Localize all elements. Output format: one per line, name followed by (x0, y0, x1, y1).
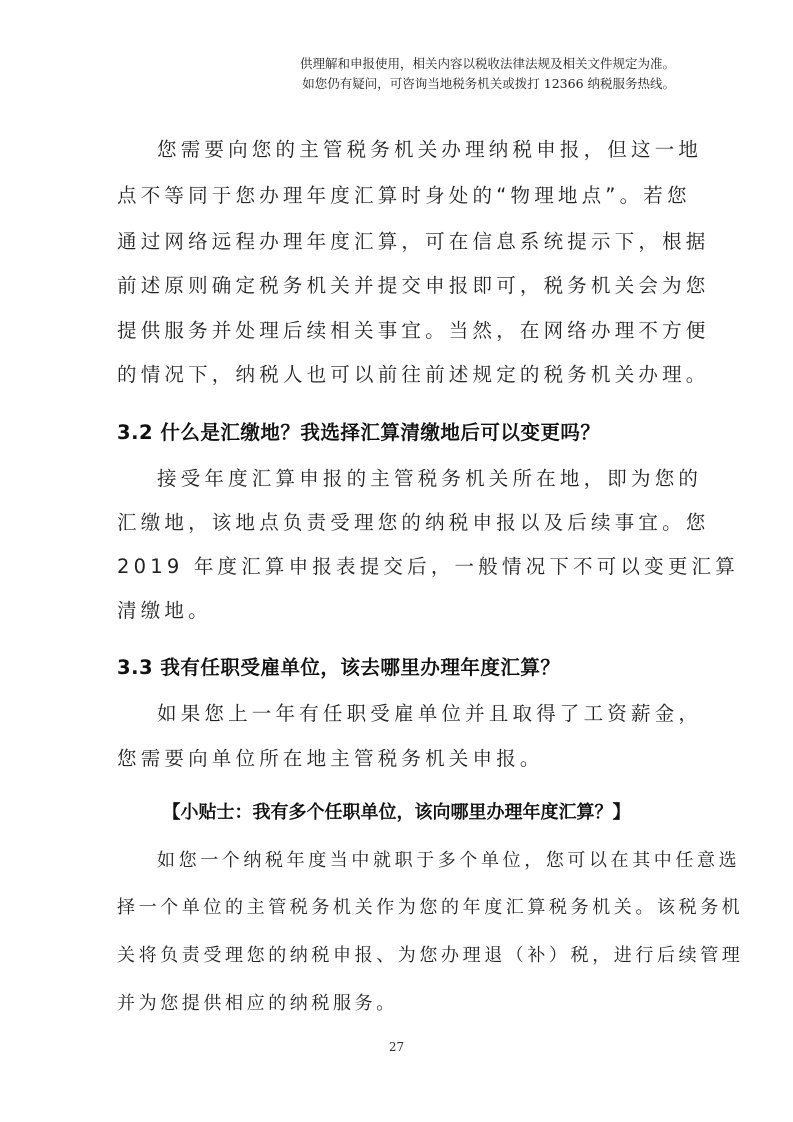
paragraph-line: 您需要向您的主管税务机关办理纳税申报，但这一地 (157, 134, 702, 162)
tip-line: 并为您提供相应的纳税服务。 (117, 989, 398, 1015)
paragraph-line: 通过网络远程办理年度汇算，可在信息系统提示下，根据 (117, 226, 710, 254)
tip-title: 【小贴士：我有多个任职单位，该向哪里办理年度汇算？】 (0, 798, 793, 824)
paragraph-line: 提供服务并处理后续相关事宜。当然，在网络办理不方便 (117, 315, 710, 343)
page-header-note: 供理解和申报使用，相关内容以税收法律法规及相关文件规定为准。 如您仍有疑问，可咨… (300, 54, 675, 94)
header-line-2: 如您仍有疑问，可咨询当地税务机关或拨打 12366 纳税服务热线。 (300, 74, 675, 94)
paragraph-line: 前述原则确定税务机关并提交申报即可，税务机关会为您 (117, 270, 710, 298)
header-line-1: 供理解和申报使用，相关内容以税收法律法规及相关文件规定为准。 (300, 54, 675, 74)
paragraph-line: 您需要向单位所在地主管税务机关申报。 (117, 743, 544, 771)
paragraph-line: 点不等同于您办理年度汇算时身处的“物理地点”。若您 (117, 180, 691, 208)
paragraph-line: 接受年度汇算申报的主管税务机关所在地，即为您的 (157, 463, 702, 491)
section-heading-3-3: 3.3 我有任职受雇单位，该去哪里办理年度汇算？ (117, 652, 560, 680)
section-heading-3-2: 3.2 什么是汇缴地？我选择汇算清缴地后可以变更吗？ (117, 417, 600, 445)
tip-line: 如您一个纳税年度当中就职于多个单位，您可以在其中任意选 (157, 846, 740, 872)
page-number: 27 (0, 1040, 793, 1054)
paragraph-line: 的情况下，纳税人也可以前往前述规定的税务机关办理。 (117, 359, 710, 387)
paragraph-line: 2019 年度汇算申报表提交后，一般情况下不可以变更汇算 (117, 551, 739, 579)
document-page: 供理解和申报使用，相关内容以税收法律法规及相关文件规定为准。 如您仍有疑问，可咨… (0, 0, 793, 1122)
tip-line: 择一个单位的主管税务机关作为您的年度汇算税务机关。该税务机 (117, 893, 743, 919)
paragraph-line: 汇缴地，该地点负责受理您的纳税申报以及后续事宜。您 (117, 507, 710, 535)
tip-line: 关将负责受理您的纳税申报、为您办理退（补）税，进行后续管理 (117, 941, 743, 967)
paragraph-line: 如果您上一年有任职受雇单位并且取得了工资薪金， (157, 698, 702, 726)
paragraph-line: 清缴地。 (117, 595, 212, 623)
